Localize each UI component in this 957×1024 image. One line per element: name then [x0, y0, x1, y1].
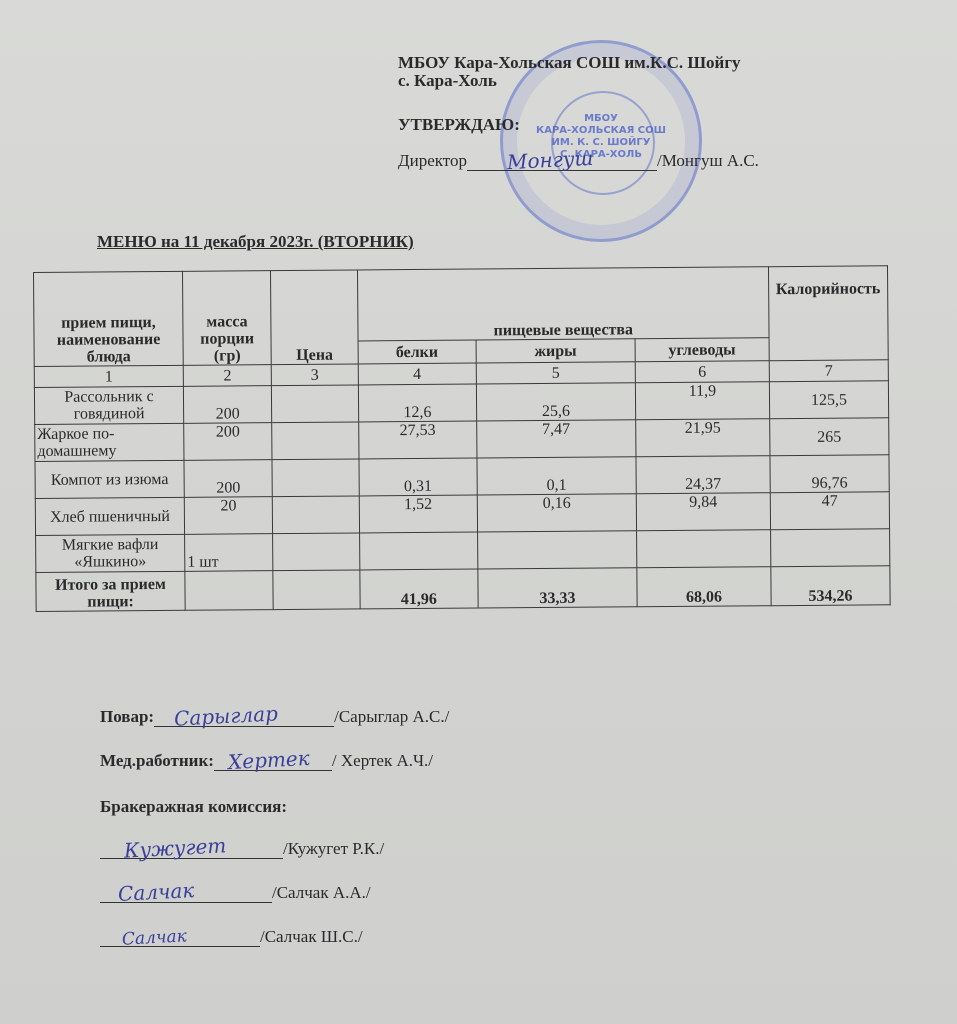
dish-carbs: 9,84 — [636, 493, 770, 531]
cook-signature: Сарыглар — [174, 701, 279, 730]
header-nutrients: пищевые вещества — [357, 267, 769, 341]
dish-carbs: 11,9 — [635, 382, 769, 420]
dish-mass: 200 — [183, 386, 271, 424]
dish-mass: 20 — [184, 497, 272, 535]
dish-price — [272, 496, 359, 534]
header-protein: белки — [358, 340, 476, 364]
dish-calories: 125,5 — [769, 381, 888, 419]
med-label: Мед.работник: — [100, 751, 214, 771]
dish-mass: 1 шт — [185, 534, 273, 572]
director-name: /Монгуш А.С. — [657, 151, 759, 171]
director-signature-line: Монгуш — [467, 152, 657, 171]
med-signature: Хертек — [227, 746, 310, 774]
col-num: 5 — [476, 362, 635, 384]
commission-member-2: Салчак /Салчак А.А./ — [100, 882, 371, 903]
dish-mass: 200 — [184, 423, 272, 461]
dish-protein: 0,31 — [359, 458, 477, 496]
commission-member-3: Салчак /Салчак Ш.С./ — [100, 926, 363, 947]
member-name: /Салчак Ш.С./ — [260, 927, 363, 947]
dish-carbs: 24,37 — [636, 456, 770, 494]
school-header: МБОУ Кара-Хольская СОШ им.К.С. Шойгу с. … — [398, 54, 741, 90]
med-signature-line: Хертек — [214, 750, 332, 771]
cook-signature-line: Сарыглар — [154, 706, 334, 727]
total-label: Итого за прием пищи: — [36, 571, 185, 611]
col-num: 1 — [34, 365, 183, 387]
menu-table: прием пищи, наименование блюда масса пор… — [33, 265, 891, 612]
member-signature-line: Кужугет — [100, 838, 283, 859]
dish-price — [273, 533, 360, 571]
menu-title: МЕНЮ на 11 декабря 2023г. (ВТОРНИК) — [97, 232, 414, 252]
dish-mass: 200 — [184, 460, 272, 498]
header-mass: масса порции (гр) — [183, 271, 272, 366]
dish-protein: 12,6 — [358, 384, 476, 422]
col-num: 6 — [635, 361, 769, 383]
dish-calories — [770, 529, 889, 567]
header-price: Цена — [271, 270, 358, 365]
member-signature-line: Салчак — [100, 926, 260, 947]
dish-name: Мягкие вафли «Яшкино» — [36, 534, 185, 572]
member-signature: Салчак — [122, 926, 188, 949]
commission-label-line: Бракеражная комиссия: — [100, 797, 287, 817]
member-name: /Салчак А.А./ — [272, 883, 371, 903]
header-fat: жиры — [476, 339, 635, 363]
school-name: МБОУ Кара-Хольская СОШ им.К.С. Шойгу — [398, 54, 741, 72]
dish-protein: 27,53 — [358, 421, 476, 459]
dish-protein: 1,52 — [359, 495, 477, 533]
village-name: с. Кара-Холь — [398, 72, 741, 90]
director-line: Директор Монгуш /Монгуш А.С. — [398, 151, 759, 171]
header-meal: прием пищи, наименование блюда — [34, 271, 184, 366]
col-num: 2 — [183, 365, 271, 387]
cook-line: Повар: Сарыглар /Сарыглар А.С./ — [100, 706, 449, 727]
dish-carbs: 21,95 — [636, 419, 770, 457]
dish-name: Рассольник с говядиной — [34, 386, 183, 424]
commission-member-1: Кужугет /Кужугет Р.К./ — [100, 838, 384, 859]
approve-label: УТВЕРЖДАЮ: — [398, 115, 520, 135]
header-calories: Калорийность — [768, 266, 888, 361]
dish-price — [272, 459, 359, 497]
total-carbs: 68,06 — [637, 567, 771, 607]
col-num: 7 — [769, 360, 888, 382]
dish-fat: 0,1 — [477, 457, 636, 495]
total-price — [273, 570, 360, 610]
member-name: /Кужугет Р.К./ — [283, 839, 384, 859]
dish-fat: 7,47 — [477, 420, 636, 458]
total-mass — [185, 571, 273, 611]
col-num: 3 — [271, 364, 358, 386]
col-num: 4 — [358, 363, 476, 385]
total-fat: 33,33 — [478, 568, 637, 608]
total-calories: 534,26 — [771, 566, 890, 606]
dish-fat: 0,16 — [477, 494, 636, 532]
dish-fat — [477, 531, 636, 569]
dish-calories: 265 — [770, 418, 889, 456]
stamp-line-2: КАРА-ХОЛЬСКАЯ СОШ — [533, 125, 669, 137]
cook-label: Повар: — [100, 707, 154, 727]
member-signature: Салчак — [117, 878, 194, 906]
dish-name: Компот из изюма — [35, 460, 184, 498]
stamp-line-1: МБОУ — [533, 113, 669, 125]
director-signature: Монгуш — [506, 146, 593, 174]
commission-label: Бракеражная комиссия: — [100, 797, 287, 817]
cook-name: /Сарыглар А.С./ — [334, 707, 449, 727]
dish-calories: 96,76 — [770, 455, 889, 493]
dish-protein — [359, 532, 477, 570]
dish-price — [272, 385, 359, 423]
med-name: / Хертек А.Ч./ — [332, 751, 433, 771]
dish-carbs — [636, 530, 770, 568]
dish-price — [272, 422, 359, 460]
dish-name: Хлеб пшеничный — [35, 497, 184, 535]
dish-calories: 47 — [770, 492, 889, 530]
member-signature-line: Салчак — [100, 882, 272, 903]
dish-fat: 25,6 — [476, 383, 635, 421]
med-line: Мед.работник: Хертек / Хертек А.Ч./ — [100, 750, 433, 771]
director-label: Директор — [398, 151, 467, 171]
total-protein: 41,96 — [360, 569, 478, 609]
member-signature: Кужугет — [123, 833, 226, 862]
dish-name: Жаркое по-домашнему — [35, 423, 184, 461]
total-row: Итого за прием пищи: 41,96 33,33 68,06 5… — [36, 566, 890, 612]
header-carbs: углеводы — [635, 338, 769, 362]
